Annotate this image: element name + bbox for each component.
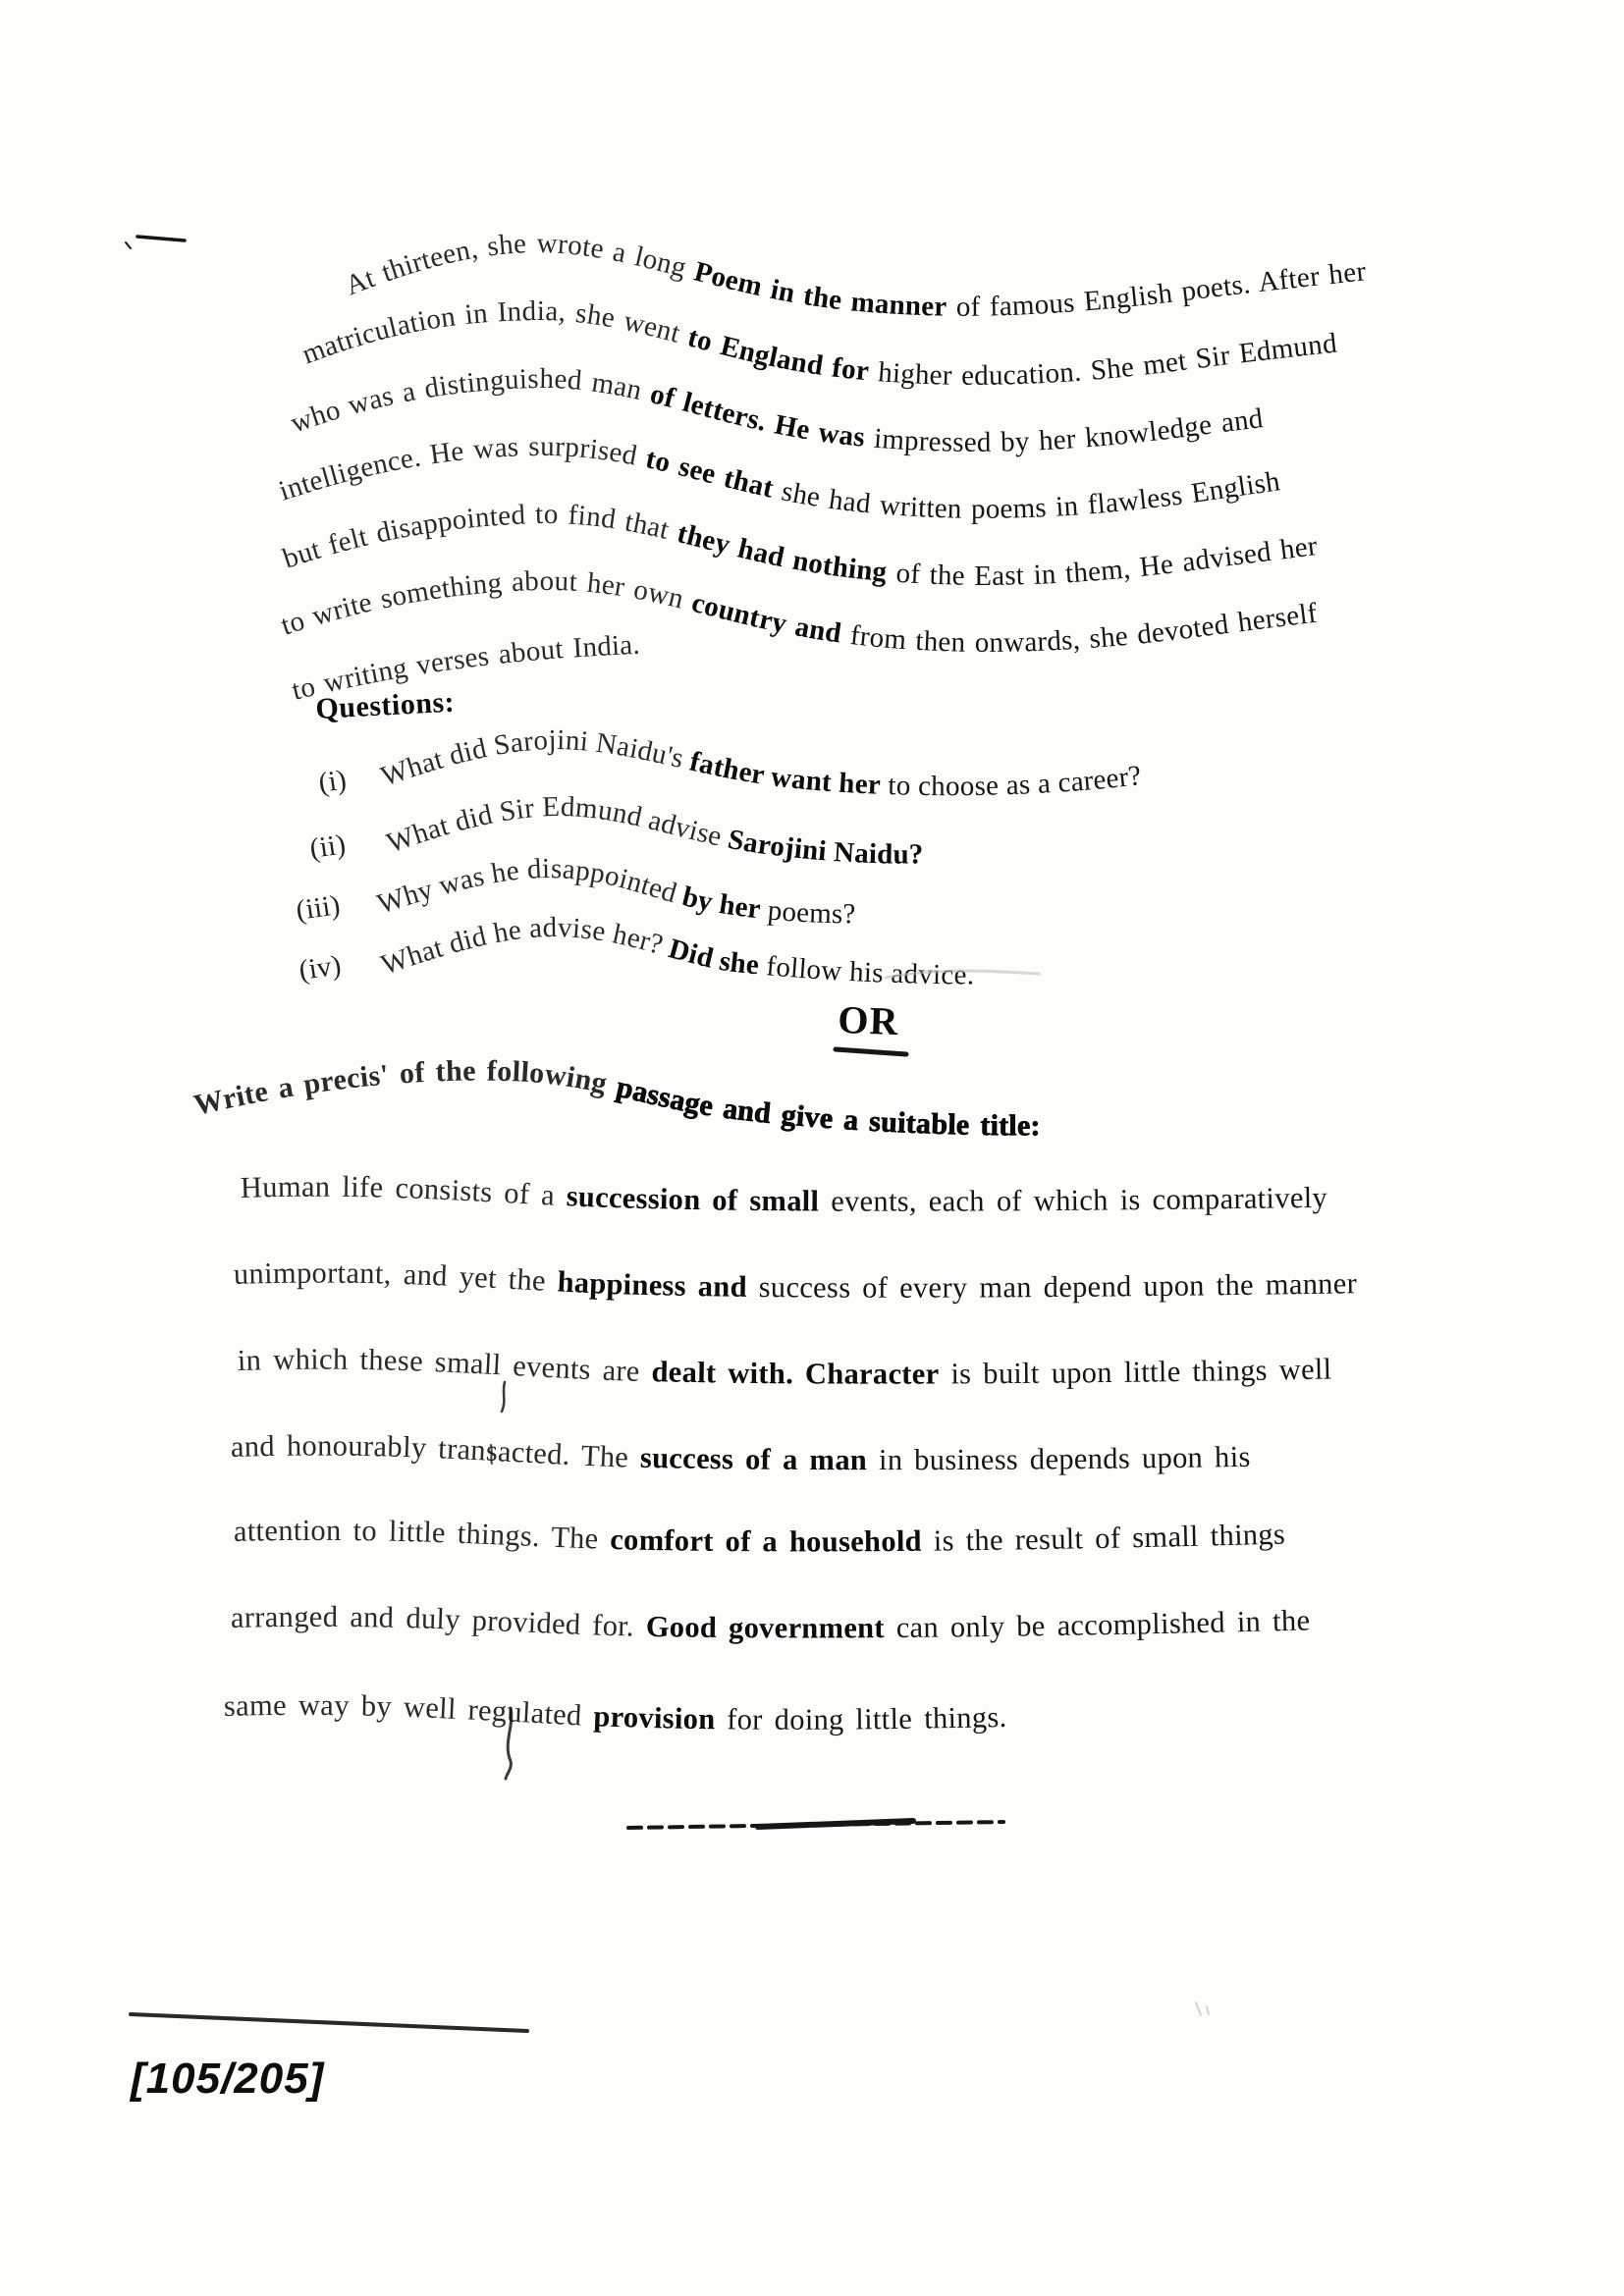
precis-line-7-seg-c: for doing little things.	[715, 1700, 1007, 1736]
precis-line-3-seg-c: is built upon little things well	[939, 1352, 1331, 1390]
passage-line-3-seg-b: of letters. He was	[638, 376, 867, 454]
scan-artifact-under-dealt	[502, 1382, 505, 1412]
precis-line-4-seg-b: success of a man	[628, 1440, 867, 1476]
dash-stroke	[137, 237, 185, 240]
question-1-seg-c: to choose as a career?	[880, 760, 1143, 802]
precis-instruction: Write a precis' of the following passage…	[190, 1055, 1040, 1143]
precis-line-4-seg-a: and honourably transacted. The	[230, 1429, 628, 1474]
precis-line-3-seg-b: dealt with. Character	[639, 1355, 939, 1391]
precis-line-7-seg-a: same way by well regulated	[223, 1688, 582, 1733]
footer-rule	[131, 2014, 527, 2031]
precis-line-4-seg-c: in business depends upon his	[867, 1440, 1251, 1476]
question-text-2: What did Sir Edmund advise Sarojini Naid…	[383, 791, 924, 871]
passage-line-1-seg-a: At thirteen, she wrote a long	[341, 228, 689, 302]
precis-instruction-seg-a: Write a precis' of the following	[190, 1055, 610, 1122]
or-divider: OR	[836, 997, 906, 1054]
precis-line-3-seg-a: in which these small events are	[237, 1343, 640, 1388]
precis-line-2: unimportant, and yet the happiness and s…	[233, 1256, 1357, 1305]
page-number-label: [105/205]	[129, 2055, 325, 2103]
precis-line-1-seg-c: events, each of which is comparatively	[819, 1181, 1328, 1218]
precis-line-6-seg-b: Good government	[633, 1610, 885, 1645]
passage-line-4-seg-c: she had written poems in flawless Englis…	[770, 465, 1282, 525]
question-marker-1: (i)	[317, 764, 349, 799]
question-1-seg-a: What did Sarojini Naidu's	[377, 724, 686, 793]
precis-line-2-seg-b: happiness and	[545, 1264, 747, 1304]
question-3-seg-c: poems?	[759, 894, 856, 931]
passage-line-5-seg-c: of the East in them, He advised her	[886, 530, 1320, 592]
scan-canvas: At thirteen, she wrote a long Poem in th…	[0, 0, 1624, 2296]
passage-line-5-seg-b: they had nothing	[665, 515, 889, 588]
passage-line-6-seg-b: country and	[679, 585, 843, 650]
precis-line-6-seg-c: can only be accomplished in the	[885, 1603, 1311, 1644]
precis-line-5-seg-a: attention to little things. The	[234, 1514, 600, 1556]
precis-line-5: attention to little things. The comfort …	[234, 1514, 1286, 1558]
precis-line-2-seg-c: success of every man depend upon the man…	[747, 1266, 1358, 1304]
passage-line-6-seg-c: from then onwards, she devoted herself	[839, 598, 1320, 659]
or-label: OR	[838, 997, 900, 1043]
passage-line-3-seg-a: who was a distinguished man	[287, 363, 645, 440]
precis-line-7: same way by well regulated provision for…	[223, 1688, 1006, 1736]
precis-instruction-seg-b: passage and give a suitable title:	[603, 1068, 1041, 1142]
scanned-exam-page: At thirteen, she wrote a long Poem in th…	[0, 0, 1624, 2296]
question-1-seg-b: father want her	[679, 744, 881, 801]
corner-dash-mark	[126, 237, 185, 248]
precis-line-3: in which these small events are dealt wi…	[237, 1343, 1331, 1391]
passage-paragraph: At thirteen, she wrote a long Poem in th…	[275, 228, 1368, 707]
precis-line-5-seg-b: comfort of a household	[598, 1522, 922, 1559]
precis-line-5-seg-c: is the result of small things	[922, 1518, 1286, 1558]
or-underline	[836, 1049, 906, 1054]
question-4-seg-b: Did she	[658, 931, 761, 981]
precis-line-1-seg-b: succession of small	[554, 1179, 819, 1218]
passage-line-4-seg-b: to see that	[634, 441, 777, 505]
question-text-4: What did he advise her? Did she follow h…	[377, 912, 974, 990]
precis-paragraph: Human life consists of a succession of s…	[223, 1170, 1357, 1736]
scan-specks-bottom-right	[1196, 2002, 1209, 2015]
question-text-1: What did Sarojini Naidu's father want he…	[377, 724, 1143, 802]
question-2-seg-b: Sarojini Naidu?	[718, 822, 924, 870]
precis-line-6-seg-a: arranged and duly provided for.	[231, 1600, 635, 1643]
dashed-separator	[628, 1821, 1003, 1828]
passage-line-1-seg-c: of famous English poets. After her	[947, 255, 1368, 322]
passage-line-2-seg-c: higher education. She met Sir Edmund	[868, 328, 1339, 392]
questions-section: Questions: (i) What did Sarojini Naidu's…	[295, 686, 1144, 991]
precis-line-4: and honourably transacted. The success o…	[230, 1429, 1251, 1477]
question-3-seg-a: Why was he disappointed	[373, 853, 680, 921]
precis-line-7-seg-b: provision	[581, 1699, 716, 1736]
precis-line-1: Human life consists of a succession of s…	[240, 1170, 1327, 1218]
passage-line-2-seg-a: matriculation in India, she went	[298, 295, 683, 370]
passage-line-1-seg-b: Poem in the manner	[681, 253, 947, 323]
question-marker-2: (ii)	[308, 828, 349, 865]
question-4-seg-a: What did he advise her?	[377, 912, 667, 982]
question-marker-3: (iii)	[295, 889, 343, 927]
passage-line-2-seg-b: to England for	[676, 319, 871, 387]
precis-line-6: arranged and duly provided for. Good gov…	[231, 1600, 1311, 1644]
precis-line-1-seg-a: Human life consists of a	[240, 1170, 556, 1212]
question-3-seg-b: by her	[672, 879, 762, 925]
passage-line-4-seg-a: intelligence. He was surprised	[275, 431, 640, 507]
dash-tick	[126, 242, 131, 248]
question-marker-4: (iv)	[298, 949, 344, 987]
question-2-seg-a: What did Sir Edmund advise	[383, 791, 725, 860]
precis-line-2-seg-a: unimportant, and yet the	[233, 1256, 546, 1298]
dashed-rule-solid-overlap	[758, 1821, 913, 1827]
questions-heading: Questions:	[315, 686, 456, 725]
scan-artifact-before-success	[491, 1445, 492, 1464]
footer: [105/205]	[129, 2014, 527, 2103]
passage-line-5-seg-a: but felt disappointed to find that	[279, 499, 672, 575]
passage-line-3-seg-c: impressed by her knowledge and	[863, 402, 1265, 458]
